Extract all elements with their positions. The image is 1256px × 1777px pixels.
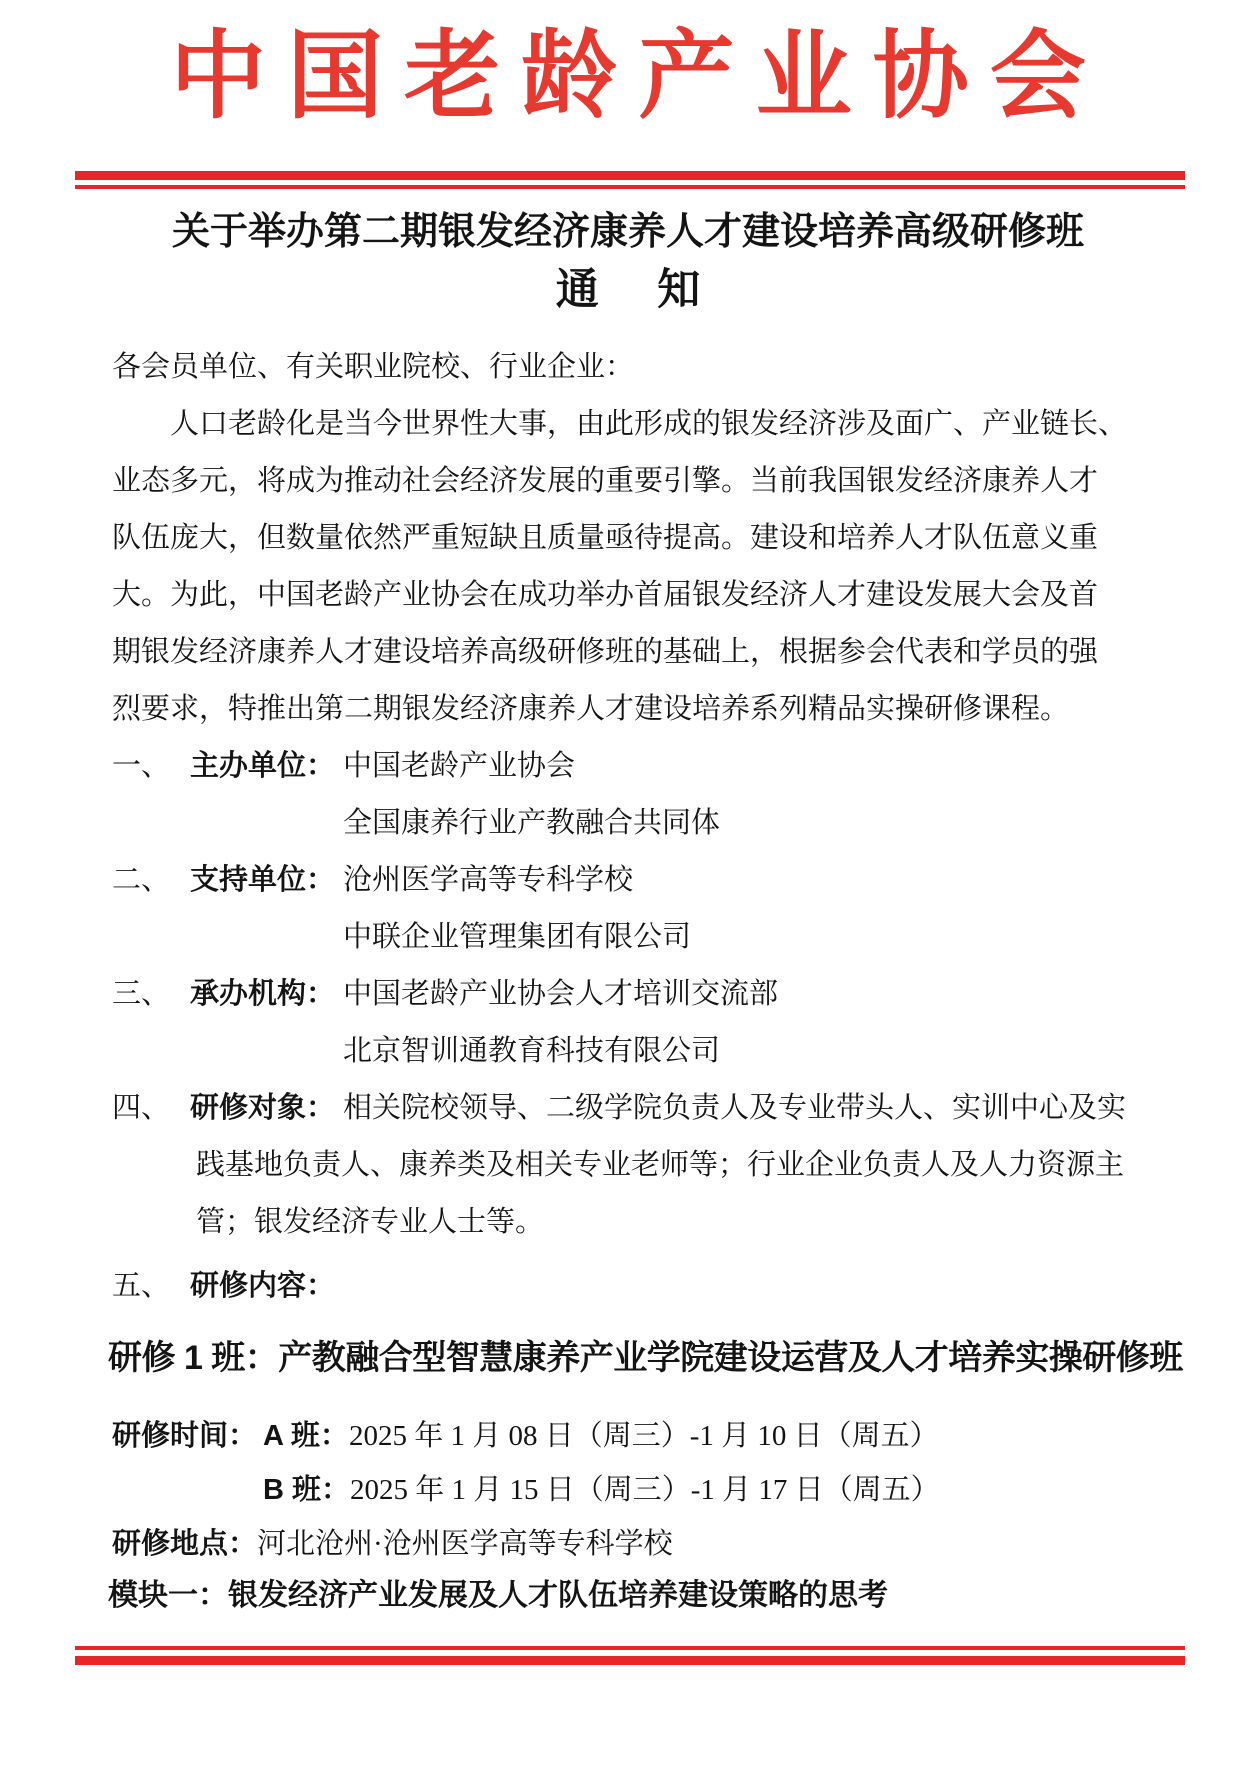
header-double-rule xyxy=(75,171,1185,189)
section-value: 中国老龄产业协会 xyxy=(343,750,575,782)
intro-line-2: 业态多元，将成为推动社会经济发展的重要引擎。当前我国银发经济康养人才 xyxy=(112,453,1156,510)
scanned-notice-page: 中国老龄产业协会 关于举办第二期银发经济康养人才建设培养高级研修班 通 知 各会… xyxy=(0,0,1256,1777)
class1-heading: 研修 1 班：产教融合型智慧康养产业学院建设运营及人才培养实操研修班 xyxy=(108,1336,1208,1380)
module1-heading: 模块一：银发经济产业发展及人才队伍培养建设策略的思考 xyxy=(108,1576,1208,1616)
salutation-line: 各会员单位、有关职业院校、行业企业： xyxy=(112,339,1156,396)
section-number: 二、 xyxy=(112,852,190,909)
footer-rule-thick xyxy=(75,1656,1185,1665)
section-label: 承办机构： xyxy=(190,966,343,1023)
time-label: 研修时间： xyxy=(112,1408,263,1465)
class-a-dates: 2025 年 1 月 08 日（周三）-1 月 10 日（周五） xyxy=(349,1420,939,1452)
header-rule-thick xyxy=(75,171,1185,180)
footer-double-rule xyxy=(75,1646,1185,1665)
section-host-line-2: 全国康养行业产教融合共同体 xyxy=(112,795,1156,852)
section-audience-line-2: 践基地负责人、康养类及相关专业老师等；行业企业负责人及人力资源主 xyxy=(112,1137,1156,1194)
section-label: 研修对象： xyxy=(190,1080,343,1137)
notice-subtitle: 通 知 xyxy=(0,266,1256,314)
section-support-line: 二、支持单位：沧州医学高等专科学校 xyxy=(112,852,1156,909)
class-b-label: B 班： xyxy=(263,1474,350,1506)
document-body: 各会员单位、有关职业院校、行业企业： 人口老龄化是当今世界性大事，由此形成的银发… xyxy=(112,339,1156,1251)
intro-line-4: 大。为此，中国老龄产业协会在成功举办首届银发经济人才建设发展大会及首 xyxy=(112,567,1156,624)
class-a-label: A 班： xyxy=(263,1420,349,1452)
class1-location-line: 研修地点：河北沧州·沧州医学高等专科学校 xyxy=(112,1516,1156,1573)
class1-time-b-line: B 班：2025 年 1 月 15 日（周三）-1 月 17 日（周五） xyxy=(112,1462,1256,1519)
section-audience-line: 四、研修对象：相关院校领导、二级学院负责人及专业带头人、实训中心及实 xyxy=(112,1080,1156,1137)
section-number: 一、 xyxy=(112,738,190,795)
header-rule-thin xyxy=(75,185,1185,189)
section-audience-line-3: 管；银发经济专业人士等。 xyxy=(112,1194,1156,1251)
section-number: 三、 xyxy=(112,966,190,1023)
intro-line-5: 期银发经济康养人才建设培养高级研修班的基础上，根据参会代表和学员的强 xyxy=(112,624,1156,681)
section-value: 沧州医学高等专科学校 xyxy=(343,864,633,896)
section-number: 四、 xyxy=(112,1080,190,1137)
section-organizer-line: 三、承办机构：中国老龄产业协会人才培训交流部 xyxy=(112,966,1156,1023)
section-value: 相关院校领导、二级学院负责人及专业带头人、实训中心及实 xyxy=(343,1092,1126,1124)
section-label: 主办单位： xyxy=(190,738,343,795)
intro-line-3: 队伍庞大，但数量依然严重短缺且质量亟待提高。建设和培养人才队伍意义重 xyxy=(112,510,1156,567)
intro-line-1: 人口老龄化是当今世界性大事，由此形成的银发经济涉及面广、产业链长、 xyxy=(112,396,1156,453)
section-label: 研修内容： xyxy=(190,1258,343,1315)
location-label: 研修地点： xyxy=(112,1528,257,1560)
section-value: 中国老龄产业协会人才培训交流部 xyxy=(343,978,778,1010)
class-b-dates: 2025 年 1 月 15 日（周三）-1 月 17 日（周五） xyxy=(350,1474,940,1506)
location-value: 河北沧州·沧州医学高等专科学校 xyxy=(257,1528,673,1560)
section-host-line: 一、主办单位：中国老龄产业协会 xyxy=(112,738,1156,795)
letterhead-org-name: 中国老龄产业协会 xyxy=(0,22,1256,132)
section-label: 支持单位： xyxy=(190,852,343,909)
section-organizer-line-2: 北京智训通教育科技有限公司 xyxy=(112,1023,1156,1080)
notice-title: 关于举办第二期银发经济康养人才建设培养高级研修班 xyxy=(0,210,1256,254)
class1-time-a-line: 研修时间：A 班：2025 年 1 月 08 日（周三）-1 月 10 日（周五… xyxy=(112,1408,1156,1465)
section-content-line: 五、研修内容： xyxy=(112,1258,1156,1315)
section-support-line-2: 中联企业管理集团有限公司 xyxy=(112,909,1156,966)
footer-rule-thin xyxy=(75,1646,1185,1650)
intro-line-6: 烈要求，特推出第二期银发经济康养人才建设培养系列精品实操研修课程。 xyxy=(112,681,1156,738)
section-number: 五、 xyxy=(112,1258,190,1315)
